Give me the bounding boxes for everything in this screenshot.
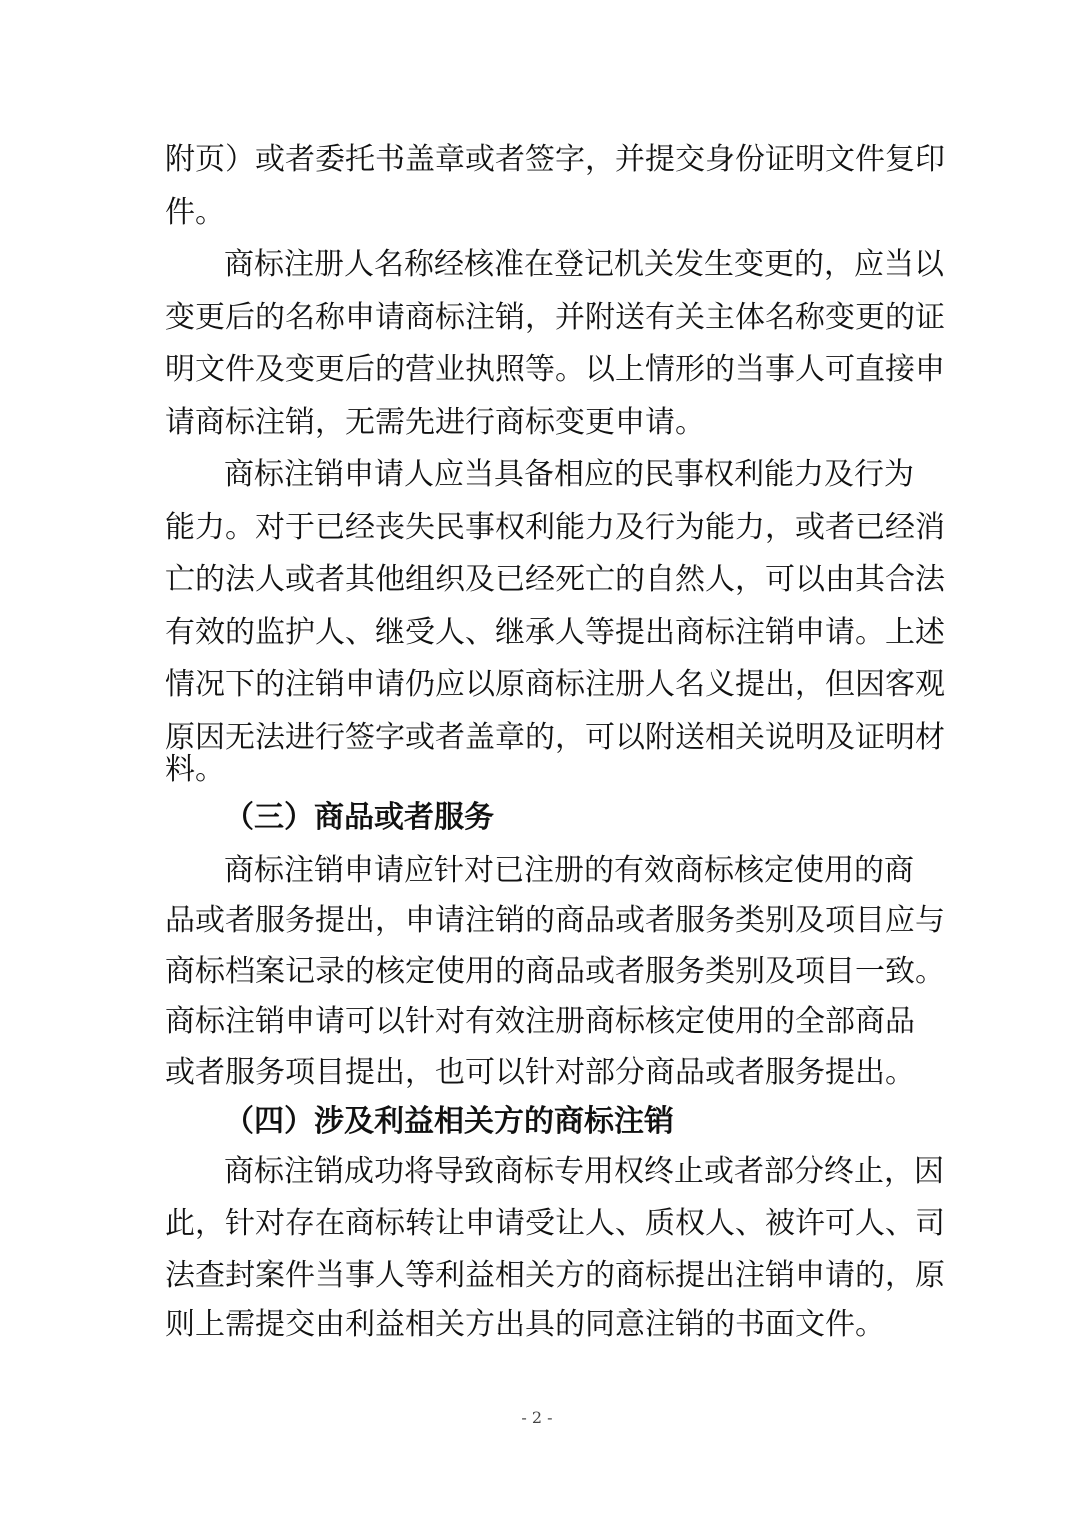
- paragraph-line: 则上需提交由利益相关方出具的同意注销的书面文件。: [165, 1305, 910, 1345]
- paragraph-line: 法查封案件当事人等利益相关方的商标提出注销申请的，原: [165, 1256, 910, 1296]
- paragraph-line: 附页）或者委托书盖章或者签字，并提交身份证明文件复印: [165, 140, 910, 180]
- paragraph-line: 料。: [165, 750, 910, 790]
- paragraph-line: 商标注销申请可以针对有效注册商标核定使用的全部商品: [165, 1002, 910, 1042]
- paragraph-line: 商标注册人名称经核准在登记机关发生变更的，应当以: [224, 245, 910, 285]
- paragraph-line: 或者服务项目提出，也可以针对部分商品或者服务提出。: [165, 1053, 910, 1093]
- paragraph-line: 商标档案记录的核定使用的商品或者服务类别及项目一致。: [165, 952, 910, 992]
- paragraph-line: 件。: [165, 193, 910, 233]
- paragraph-line: 亡的法人或者其他组织及已经死亡的自然人，可以由其合法: [165, 560, 910, 600]
- paragraph-line: 明文件及变更后的营业执照等。以上情形的当事人可直接申: [165, 350, 910, 390]
- paragraph-line: 商标注销申请人应当具备相应的民事权利能力及行为: [224, 455, 910, 495]
- paragraph-line: 此，针对存在商标转让申请受让人、质权人、被许可人、司: [165, 1204, 910, 1244]
- paragraph-line: 品或者服务提出，申请注销的商品或者服务类别及项目应与: [165, 901, 910, 941]
- section-heading: （四）涉及利益相关方的商标注销: [224, 1102, 674, 1142]
- page-number: - 2 -: [0, 1408, 1074, 1427]
- paragraph-line: 变更后的名称申请商标注销，并附送有关主体名称变更的证: [165, 298, 910, 338]
- paragraph-line: 能力。对于已经丧失民事权利能力及行为能力，或者已经消: [165, 508, 910, 548]
- paragraph-line: 情况下的注销申请仍应以原商标注册人名义提出，但因客观: [165, 665, 910, 705]
- section-heading: （三）商品或者服务: [224, 798, 494, 838]
- paragraph-line: 商标注销申请应针对已注册的有效商标核定使用的商: [224, 851, 910, 891]
- paragraph-line: 请商标注销，无需先进行商标变更申请。: [165, 403, 910, 443]
- paragraph-line: 有效的监护人、继受人、继承人等提出商标注销申请。上述: [165, 613, 910, 653]
- paragraph-line: 商标注销成功将导致商标专用权终止或者部分终止，因: [224, 1152, 910, 1192]
